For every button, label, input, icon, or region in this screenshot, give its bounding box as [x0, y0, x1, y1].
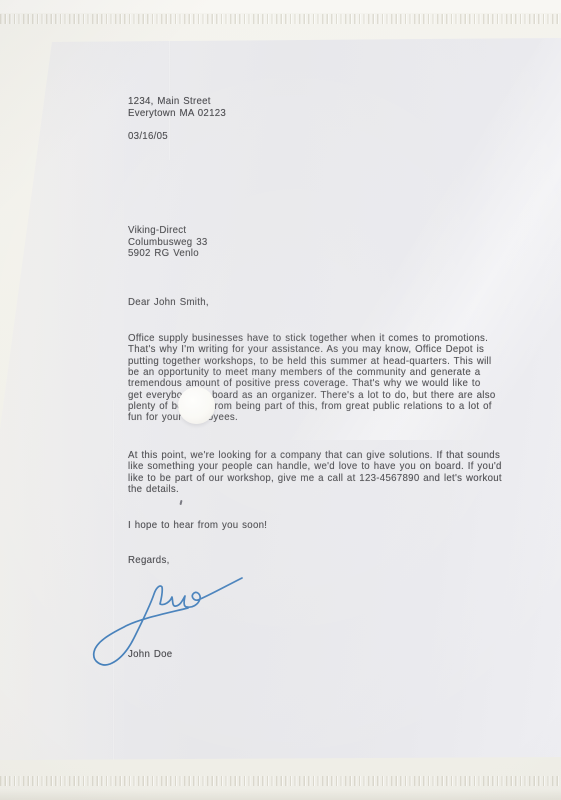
perforation-bottom-strip	[0, 776, 561, 786]
letter-photo: 1234, Main Street Everytown MA 02123 03/…	[0, 0, 561, 800]
body-line: like to be part of our workshop, give me…	[128, 473, 502, 484]
body-paragraph-2: At this point, we're looking for a compa…	[128, 450, 502, 495]
signature-stroke	[94, 578, 242, 665]
sender-address: 1234, Main Street Everytown MA 02123	[128, 96, 226, 119]
sheet-left-lighting-overlay	[0, 0, 130, 800]
recipient-address-line: Viking-Direct	[128, 225, 208, 237]
body-line: like something your people can handle, w…	[128, 461, 502, 472]
paper-bottom-edge	[0, 789, 561, 800]
signature-handwriting	[88, 572, 255, 668]
letter-date: 03/16/05	[128, 131, 168, 142]
recipient-address: Viking-Direct Columbusweg 33 5902 RG Ven…	[128, 225, 208, 260]
body-line: Office supply businesses have to stick t…	[128, 333, 496, 344]
body-line: be an opportunity to meet many members o…	[128, 367, 496, 378]
recipient-address-line: 5902 RG Venlo	[128, 248, 208, 260]
body-line: the details.	[128, 484, 502, 495]
sender-address-line: Everytown MA 02123	[128, 108, 226, 120]
closing-line: I hope to hear from you soon!	[128, 520, 267, 531]
white-dot-blemish	[178, 387, 215, 424]
recipient-address-line: Columbusweg 33	[128, 237, 208, 249]
salutation: Dear John Smith,	[128, 297, 209, 308]
body-line: That's why I'm writing for your assistan…	[128, 344, 496, 355]
sender-address-line: 1234, Main Street	[128, 96, 226, 108]
valediction: Regards,	[128, 555, 170, 566]
body-line: tremendous amount of positive press cove…	[128, 378, 496, 389]
body-line: At this point, we're looking for a compa…	[128, 450, 502, 461]
body-line: putting together workshops, to be held t…	[128, 356, 496, 367]
